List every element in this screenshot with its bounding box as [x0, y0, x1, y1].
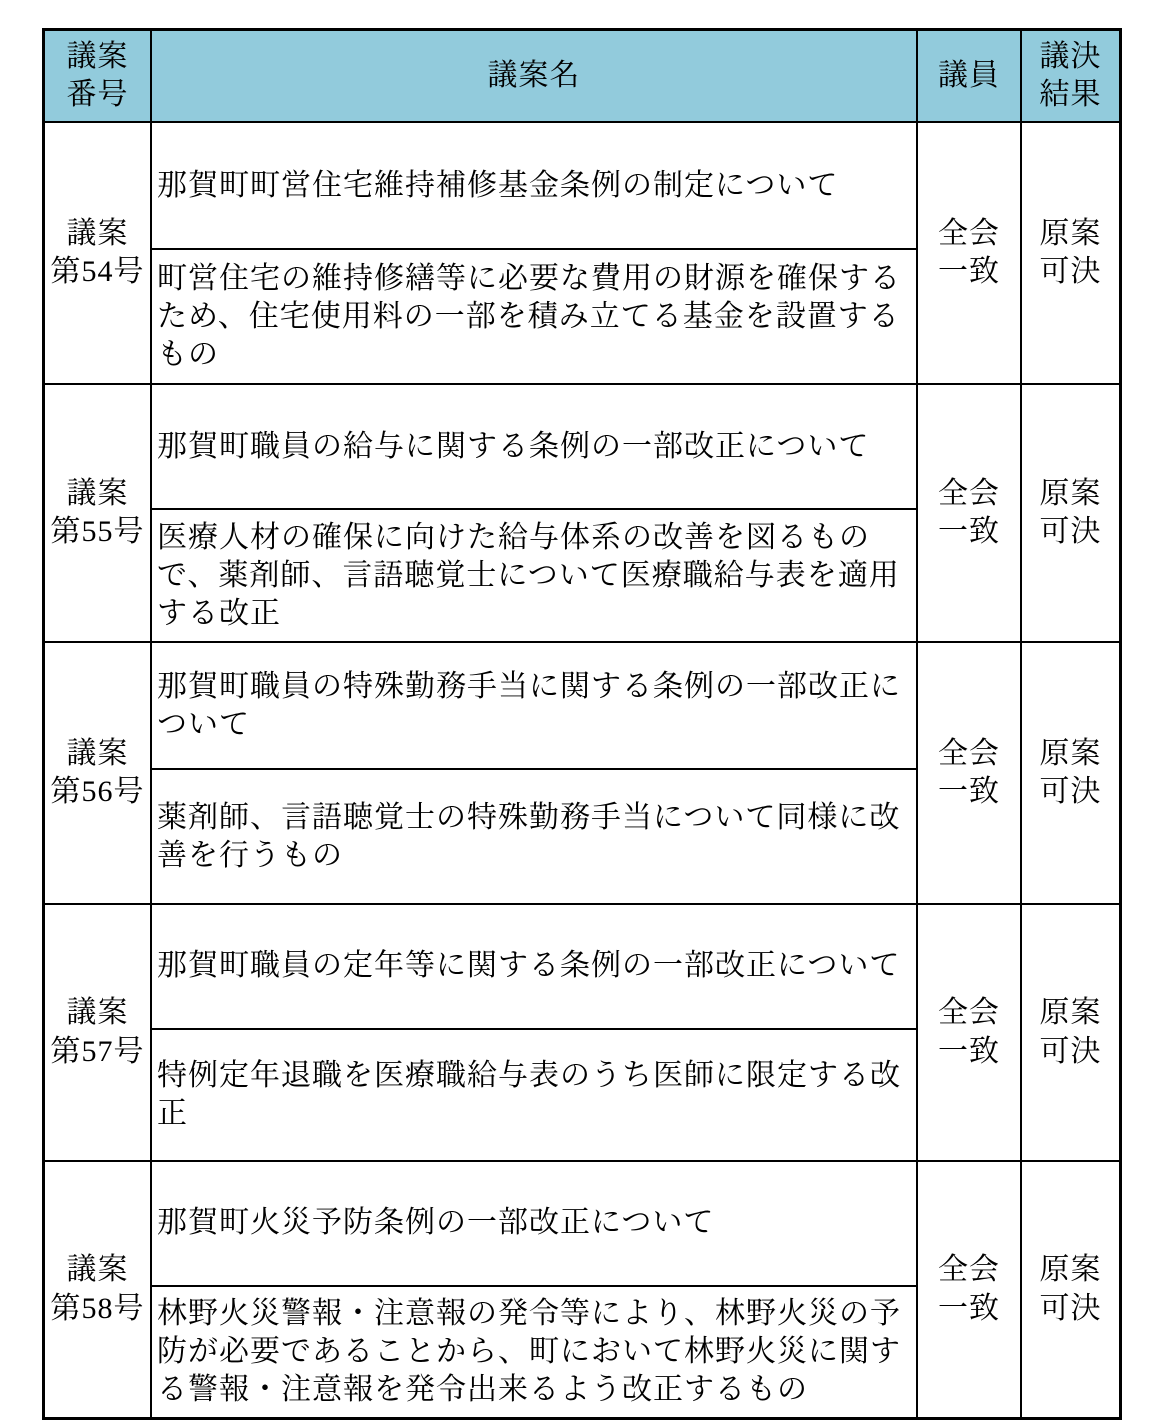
header-bill-number: 議案 番号 — [45, 31, 152, 121]
table-row: 議案 第54号 那賀町町営住宅維持補修基金条例の制定について 町営住宅の維持修繕… — [45, 123, 1119, 385]
bill-description-text: 町営住宅の維持修繕等に必要な費用の財源を確保するため、住宅使用料の一部を積み立て… — [157, 260, 908, 374]
bill-number-line1: 議案 — [67, 994, 129, 1032]
vote-result-cell: 原案 可決 — [1022, 123, 1119, 383]
bill-number-line1: 議案 — [67, 1251, 129, 1289]
bill-title-text: 那賀町町営住宅維持補修基金条例の制定について — [157, 167, 908, 205]
bill-name-cell: 那賀町職員の給与に関する条例の一部改正について 医療人材の確保に向けた給与体系の… — [152, 385, 918, 641]
table-row: 議案 第56号 那賀町職員の特殊勤務手当に関する条例の一部改正について 薬剤師、… — [45, 643, 1119, 905]
bill-description: 医療人材の確保に向けた給与体系の改善を図るもので、薬剤師、言語聴覚士について医療… — [152, 510, 916, 641]
bill-number-line1: 議案 — [67, 215, 129, 253]
vote-result-line2: 可決 — [1040, 1290, 1102, 1328]
member-vote-line2: 一致 — [938, 1033, 1000, 1071]
member-vote-cell: 全会 一致 — [918, 123, 1022, 383]
vote-result-cell: 原案 可決 — [1022, 1162, 1119, 1417]
bill-number-cell: 議案 第56号 — [45, 643, 152, 903]
member-vote-line2: 一致 — [938, 513, 1000, 551]
bill-number-cell: 議案 第54号 — [45, 123, 152, 383]
bill-name-cell: 那賀町職員の特殊勤務手当に関する条例の一部改正について 薬剤師、言語聴覚士の特殊… — [152, 643, 918, 903]
bill-title: 那賀町火災予防条例の一部改正について — [152, 1162, 916, 1287]
member-vote-cell: 全会 一致 — [918, 1162, 1022, 1417]
header-member-label: 議員 — [938, 57, 1000, 95]
member-vote-line1: 全会 — [938, 1251, 1000, 1289]
vote-result-line1: 原案 — [1040, 735, 1102, 773]
vote-result-line2: 可決 — [1040, 253, 1102, 291]
member-vote-line2: 一致 — [938, 773, 1000, 811]
bill-description: 薬剤師、言語聴覚士の特殊勤務手当について同様に改善を行うもの — [152, 770, 916, 903]
table-row: 議案 第58号 那賀町火災予防条例の一部改正について 林野火災警報・注意報の発令… — [45, 1162, 1119, 1417]
table-header-row: 議案 番号 議案名 議員 議決 結果 — [45, 31, 1119, 123]
vote-result-line1: 原案 — [1040, 215, 1102, 253]
header-vote-result: 議決 結果 — [1022, 31, 1119, 121]
bill-description: 特例定年退職を医療職給与表のうち医師に限定する改正 — [152, 1030, 916, 1160]
bill-title-text: 那賀町火災予防条例の一部改正について — [157, 1204, 908, 1242]
bill-number-cell: 議案 第55号 — [45, 385, 152, 641]
member-vote-line1: 全会 — [938, 215, 1000, 253]
vote-result-line2: 可決 — [1040, 1033, 1102, 1071]
bill-results-table: 議案 番号 議案名 議員 議決 結果 議案 第54号 那賀町町営住宅維持補修基金… — [42, 28, 1122, 1420]
vote-result-line1: 原案 — [1040, 1251, 1102, 1289]
vote-result-line2: 可決 — [1040, 773, 1102, 811]
bill-number-line1: 議案 — [67, 475, 129, 513]
vote-result-cell: 原案 可決 — [1022, 905, 1119, 1160]
vote-result-line2: 可決 — [1040, 513, 1102, 551]
bill-number-cell: 議案 第57号 — [45, 905, 152, 1160]
bill-title: 那賀町職員の定年等に関する条例の一部改正について — [152, 905, 916, 1030]
header-vote-result-line2: 結果 — [1040, 76, 1102, 114]
bill-title-text: 那賀町職員の定年等に関する条例の一部改正について — [157, 947, 908, 985]
bill-title: 那賀町職員の特殊勤務手当に関する条例の一部改正について — [152, 643, 916, 770]
vote-result-line1: 原案 — [1040, 994, 1102, 1032]
member-vote-cell: 全会 一致 — [918, 385, 1022, 641]
header-bill-number-line1: 議案 — [67, 38, 129, 76]
member-vote-line2: 一致 — [938, 253, 1000, 291]
bill-number-line2: 第54号 — [51, 253, 145, 291]
bill-number-line2: 第55号 — [51, 513, 145, 551]
vote-result-line1: 原案 — [1040, 475, 1102, 513]
bill-name-cell: 那賀町火災予防条例の一部改正について 林野火災警報・注意報の発令等により、林野火… — [152, 1162, 918, 1417]
bill-title: 那賀町町営住宅維持補修基金条例の制定について — [152, 123, 916, 250]
header-member: 議員 — [918, 31, 1022, 121]
vote-result-cell: 原案 可決 — [1022, 643, 1119, 903]
member-vote-cell: 全会 一致 — [918, 643, 1022, 903]
bill-description-text: 薬剤師、言語聴覚士の特殊勤務手当について同様に改善を行うもの — [157, 799, 908, 875]
member-vote-line1: 全会 — [938, 735, 1000, 773]
bill-title-text: 那賀町職員の給与に関する条例の一部改正について — [157, 428, 908, 466]
member-vote-line2: 一致 — [938, 1290, 1000, 1328]
table-row: 議案 第57号 那賀町職員の定年等に関する条例の一部改正について 特例定年退職を… — [45, 905, 1119, 1162]
table-row: 議案 第55号 那賀町職員の給与に関する条例の一部改正について 医療人材の確保に… — [45, 385, 1119, 643]
bill-description-text: 特例定年退職を医療職給与表のうち医師に限定する改正 — [157, 1057, 908, 1133]
bill-description: 町営住宅の維持修繕等に必要な費用の財源を確保するため、住宅使用料の一部を積み立て… — [152, 250, 916, 383]
bill-number-line1: 議案 — [67, 735, 129, 773]
bill-description: 林野火災警報・注意報の発令等により、林野火災の予防が必要であることから、町におい… — [152, 1287, 916, 1417]
member-vote-cell: 全会 一致 — [918, 905, 1022, 1160]
member-vote-line1: 全会 — [938, 475, 1000, 513]
header-bill-number-line2: 番号 — [67, 76, 129, 114]
member-vote-line1: 全会 — [938, 994, 1000, 1032]
bill-title: 那賀町職員の給与に関する条例の一部改正について — [152, 385, 916, 510]
bill-title-text: 那賀町職員の特殊勤務手当に関する条例の一部改正について — [157, 668, 908, 744]
bill-name-cell: 那賀町町営住宅維持補修基金条例の制定について 町営住宅の維持修繕等に必要な費用の… — [152, 123, 918, 383]
bill-number-line2: 第57号 — [51, 1033, 145, 1071]
header-bill-name: 議案名 — [152, 31, 918, 121]
bill-number-line2: 第58号 — [51, 1290, 145, 1328]
header-vote-result-line1: 議決 — [1040, 38, 1102, 76]
bill-name-cell: 那賀町職員の定年等に関する条例の一部改正について 特例定年退職を医療職給与表のう… — [152, 905, 918, 1160]
bill-description-text: 医療人材の確保に向けた給与体系の改善を図るもので、薬剤師、言語聴覚士について医療… — [157, 519, 908, 633]
bill-number-cell: 議案 第58号 — [45, 1162, 152, 1417]
bill-description-text: 林野火災警報・注意報の発令等により、林野火災の予防が必要であることから、町におい… — [157, 1295, 908, 1409]
bill-number-line2: 第56号 — [51, 773, 145, 811]
vote-result-cell: 原案 可決 — [1022, 385, 1119, 641]
header-bill-name-label: 議案名 — [488, 57, 581, 95]
